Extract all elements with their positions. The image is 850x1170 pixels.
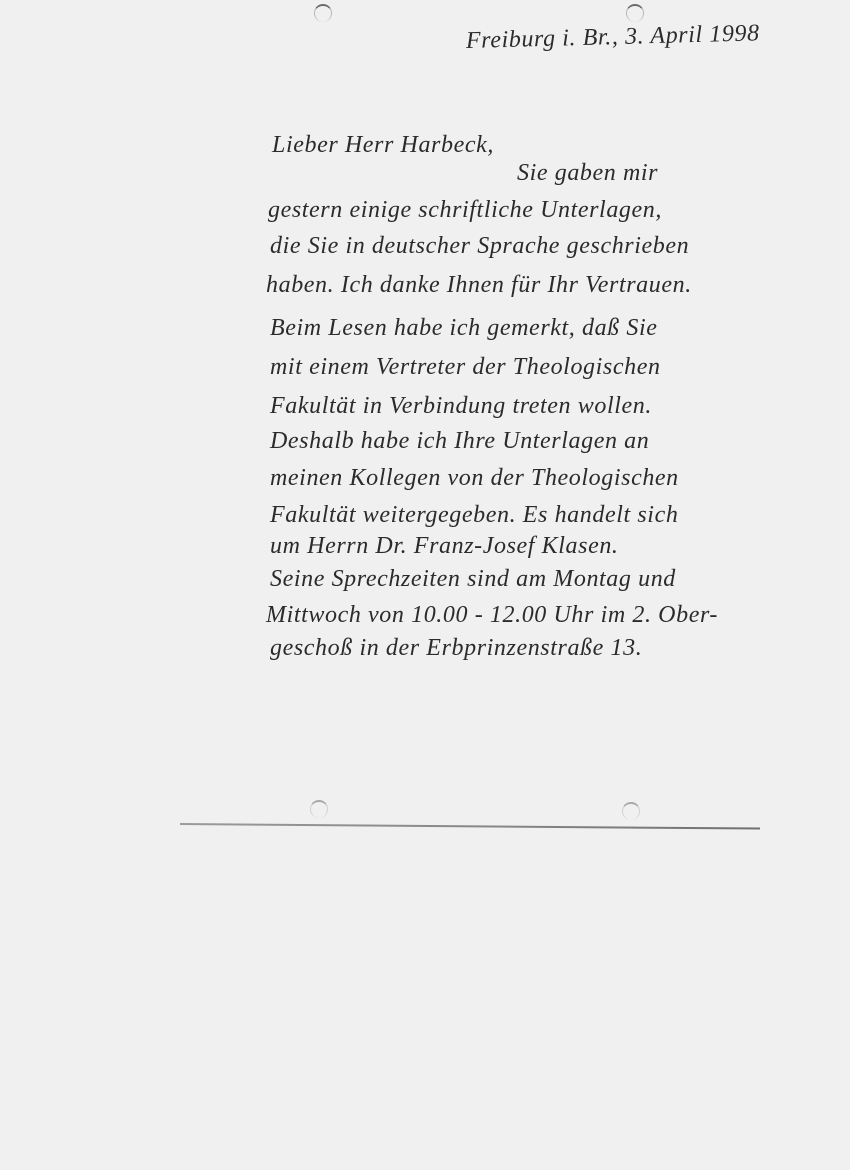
punch-hole-mark-top-right — [626, 4, 644, 22]
letter-line: Sie gaben mir — [517, 160, 658, 187]
page-edge-line — [180, 823, 760, 830]
letter-line: Fakultät weitergegeben. Es handelt sich — [270, 502, 678, 529]
place-date: Freiburg i. Br., 3. April 1998 — [466, 20, 760, 55]
letter-line: geschoß in der Erbprinzenstraße 13. — [270, 635, 642, 662]
letter-line: Beim Lesen habe ich gemerkt, daß Sie — [270, 315, 658, 342]
letter-line: meinen Kollegen von der Theologischen — [270, 465, 679, 492]
punch-hole-mark-bottom-right — [622, 802, 640, 820]
letter-line: Mittwoch von 10.00 - 12.00 Uhr im 2. Obe… — [266, 602, 718, 629]
letter-line: um Herrn Dr. Franz-Josef Klasen. — [270, 533, 619, 560]
letter-line: gestern einige schriftliche Unterlagen, — [268, 197, 662, 224]
salutation: Lieber Herr Harbeck, — [272, 132, 494, 159]
letter-line: Fakultät in Verbindung treten wollen. — [270, 393, 652, 420]
punch-hole-mark-top-left — [314, 4, 332, 22]
letter-line: haben. Ich danke Ihnen für Ihr Vertrauen… — [266, 272, 692, 299]
letter-line: die Sie in deutscher Sprache geschrieben — [270, 233, 689, 260]
punch-hole-mark-bottom-left — [310, 800, 328, 818]
letter-page: Freiburg i. Br., 3. April 1998 Lieber He… — [0, 0, 850, 1170]
letter-line: mit einem Vertreter der Theologischen — [270, 354, 661, 381]
letter-line: Deshalb habe ich Ihre Unterlagen an — [270, 428, 649, 455]
letter-line: Seine Sprechzeiten sind am Montag und — [270, 566, 676, 593]
